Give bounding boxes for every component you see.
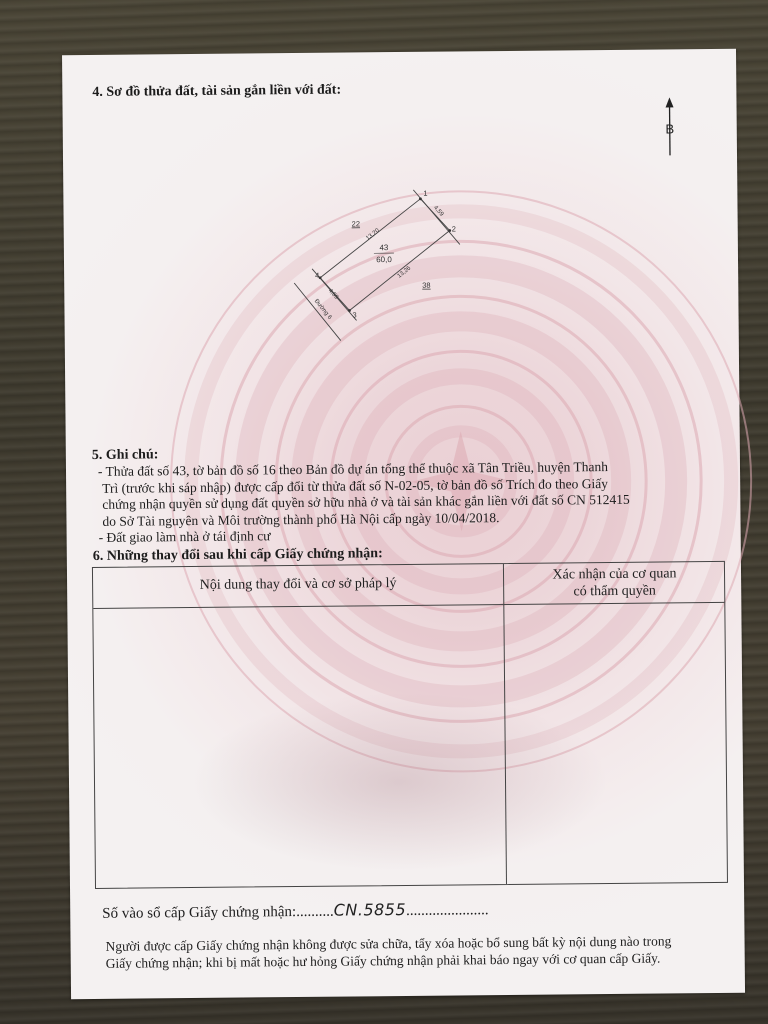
header-line: có thẩm quyền [503,582,726,601]
registration-label: Số vào sổ cấp Giấy chứng nhận: [102,904,296,922]
svg-text:13,20: 13,20 [365,227,381,241]
svg-text:4: 4 [315,271,319,280]
north-arrow-icon: B [659,97,680,157]
section5-title: 5. Ghi chú: [92,447,159,464]
registration-number: CN.5855 [334,900,407,920]
header-line: Xác nhận của cơ quan [503,565,726,584]
header-authority-confirmation: Xác nhận của cơ quan có thẩm quyền [503,565,726,601]
column-divider [503,564,507,884]
registration-number-line: Số vào sổ cấp Giấy chứng nhận:..........… [102,901,489,922]
dots: ...................... [406,902,489,919]
svg-text:2: 2 [452,224,456,233]
section4-title: 4. Sơ đồ thửa đất, tài sản gắn liền với … [92,83,341,101]
warning-text: Người được cấp Giấy chứng nhận không đượ… [105,933,671,971]
header-divider [93,602,724,609]
svg-text:38: 38 [422,281,430,290]
certificate-page: 4. Sơ đồ thửa đất, tài sản gắn liền với … [62,49,745,999]
svg-text:1: 1 [423,189,427,198]
section6-title: 6. Những thay đổi sau khi cấp Giấy chứng… [93,546,383,565]
notes-block: - Thửa đất số 43, tờ bản đồ số 16 theo B… [98,458,699,546]
dots: .......... [296,904,334,920]
changes-table: Nội dung thay đổi và cơ sở pháp lý Xác n… [92,561,728,889]
header-changes-content: Nội dung thay đổi và cơ sở pháp lý [93,575,503,595]
svg-text:B: B [665,121,674,136]
svg-text:60,0: 60,0 [376,255,392,264]
svg-text:4,59: 4,59 [432,205,445,218]
svg-text:22: 22 [352,219,360,228]
parcel-sketch: 1 2 3 4 22 38 43 60,0 13,20 4,59 13,26 4… [283,181,475,353]
svg-text:3: 3 [352,310,356,319]
svg-text:13,26: 13,26 [397,265,413,279]
svg-text:43: 43 [379,243,389,252]
